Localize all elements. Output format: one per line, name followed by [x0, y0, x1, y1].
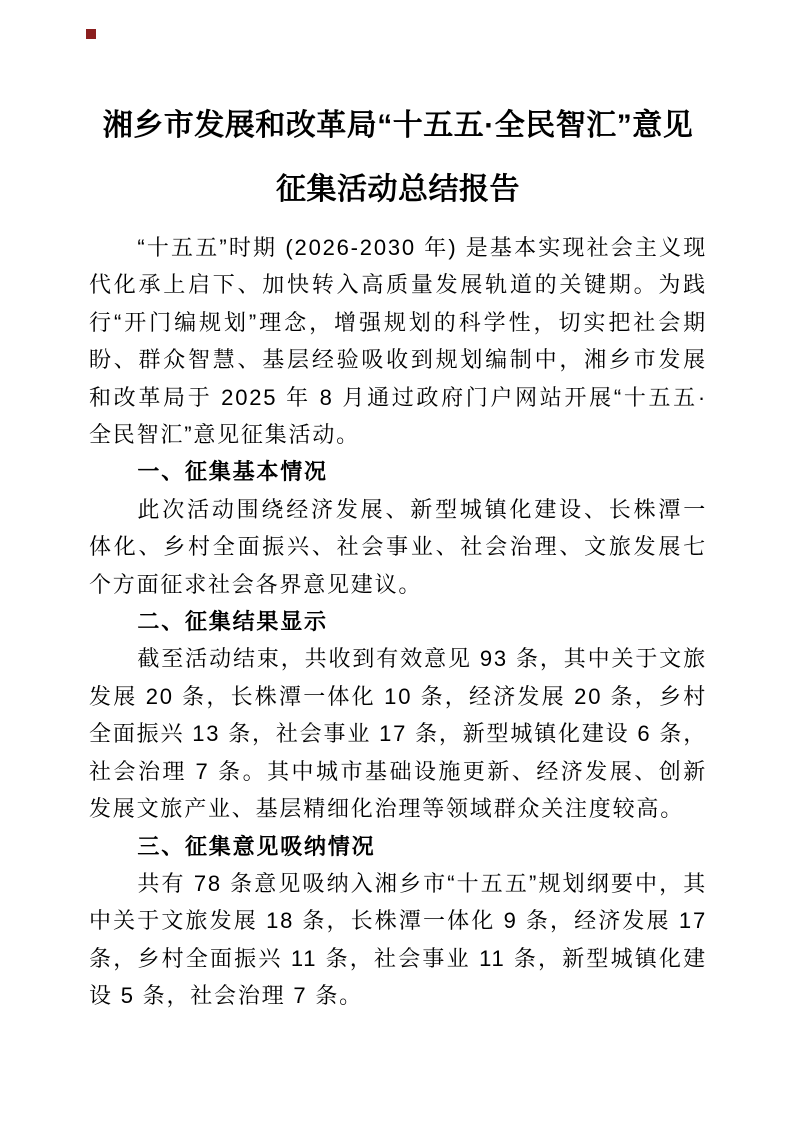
- document-page: 湘乡市发展和改革局“十五五·全民智汇”意见征集活动总结报告 “十五五”时期 (2…: [0, 0, 794, 1122]
- section-2-heading: 二、征集结果显示: [89, 603, 707, 640]
- intro-paragraph: “十五五”时期 (2026-2030 年) 是基本实现社会主义现代化承上启下、加…: [89, 229, 707, 453]
- section-3-paragraph: 共有 78 条意见吸纳入湘乡市“十五五”规划纲要中，其中关于文旅发展 18 条，…: [89, 865, 707, 1015]
- section-3-heading: 三、征集意见吸纳情况: [89, 828, 707, 865]
- section-opinion-adoption: 三、征集意见吸纳情况 共有 78 条意见吸纳入湘乡市“十五五”规划纲要中，其中关…: [89, 828, 707, 1015]
- document-title: 湘乡市发展和改革局“十五五·全民智汇”意见征集活动总结报告: [89, 94, 707, 222]
- section-collection-basics: 一、征集基本情况 此次活动围绕经济发展、新型城镇化建设、长株潭一体化、乡村全面振…: [89, 453, 707, 603]
- section-collection-results: 二、征集结果显示 截至活动结束，共收到有效意见 93 条，其中关于文旅发展 20…: [89, 603, 707, 827]
- red-square-marker: [86, 29, 96, 39]
- section-2-paragraph: 截至活动结束，共收到有效意见 93 条，其中关于文旅发展 20 条，长株潭一体化…: [89, 640, 707, 827]
- section-1-heading: 一、征集基本情况: [89, 453, 707, 490]
- section-1-paragraph: 此次活动围绕经济发展、新型城镇化建设、长株潭一体化、乡村全面振兴、社会事业、社会…: [89, 491, 707, 603]
